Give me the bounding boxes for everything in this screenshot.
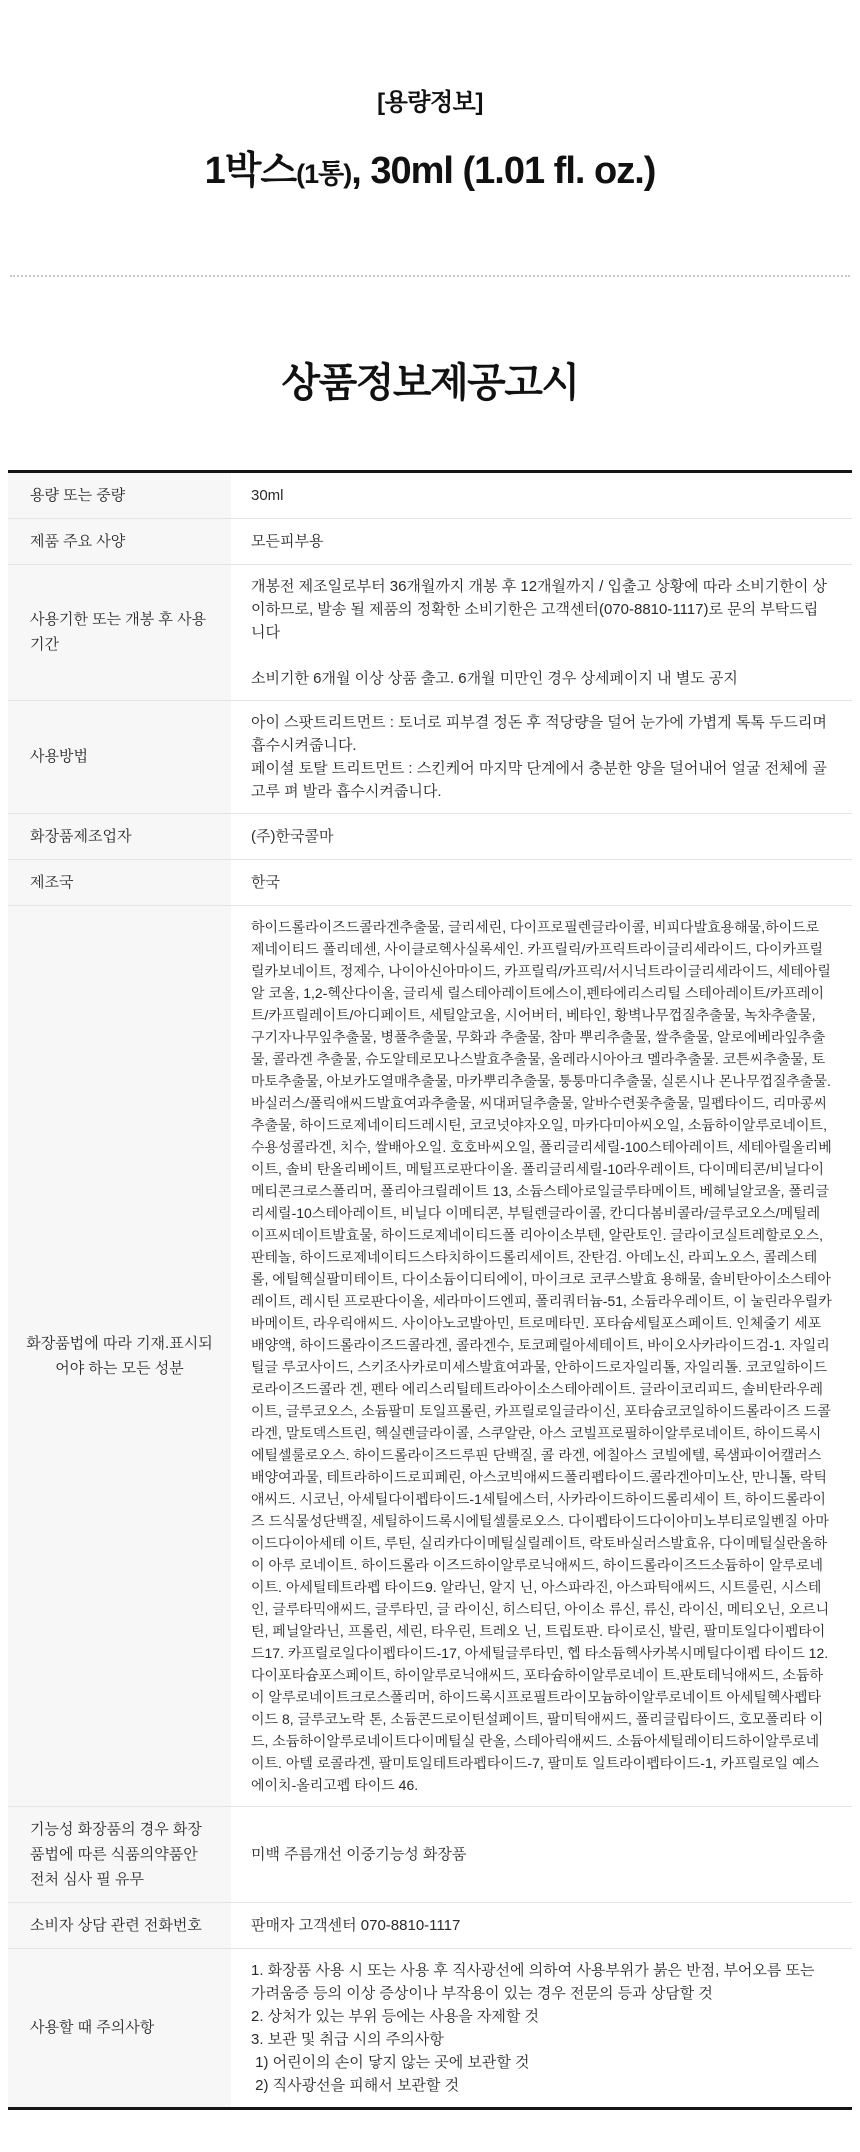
table-row-how-to-use: 사용방법 아이 스팟트리트먼트 : 토너로 피부결 정돈 후 적당량을 덜어 눈…	[8, 701, 852, 814]
table-row-functional: 기능성 화장품의 경우 화장품법에 따른 식품의약품안전처 심사 필 유무 미백…	[8, 1807, 852, 1903]
ingredients-label: 화장품법에 따라 기재.표시되어야 하는 모든 성분	[8, 906, 231, 1807]
how-to-use-label: 사용방법	[8, 701, 231, 814]
product-info-table: 용량 또는 중량 30ml 제품 주요 사양 모든피부용 사용기한 또는 개봉 …	[8, 470, 852, 2110]
volume-amount-count: (1통)	[296, 159, 351, 189]
spec-label: 제품 주요 사양	[8, 519, 231, 565]
table-row-spec: 제품 주요 사양 모든피부용	[8, 519, 852, 565]
ingredients-value: 하이드롤라이즈드콜라겐추출물, 글리세린, 다이프로필렌글라이콜, 비피다발효용…	[231, 906, 852, 1807]
usage-period-label: 사용기한 또는 개봉 후 사용기간	[8, 565, 231, 701]
table-row-country: 제조국 한국	[8, 860, 852, 906]
table-row-manufacturer: 화장품제조업자 (주)한국콜마	[8, 814, 852, 860]
contact-value: 판매자 고객센터 070-8810-1117	[231, 1903, 852, 1949]
product-info-page: { "volume_info": { "heading": "[용량정보]", …	[0, 0, 860, 2152]
volume-amount-box: 1박스	[205, 150, 297, 192]
volume-info-heading: [용량정보]	[0, 82, 860, 117]
volume-info-section: [용량정보] 1박스(1통), 30ml (1.01 fl. oz.)	[0, 0, 860, 195]
country-label: 제조국	[8, 860, 231, 906]
table-row-usage-period: 사용기한 또는 개봉 후 사용기간 개봉전 제조일로부터 36개월까지 개봉 후…	[8, 565, 852, 701]
functional-label: 기능성 화장품의 경우 화장품법에 따른 식품의약품안전처 심사 필 유무	[8, 1807, 231, 1903]
manufacturer-label: 화장품제조업자	[8, 814, 231, 860]
capacity-value: 30ml	[231, 473, 852, 519]
country-value: 한국	[231, 860, 852, 906]
volume-amount: 1박스(1통), 30ml (1.01 fl. oz.)	[0, 149, 860, 195]
caution-label: 사용할 때 주의사항	[8, 1949, 231, 2107]
table-row-contact: 소비자 상담 관련 전화번호 판매자 고객센터 070-8810-1117	[8, 1903, 852, 1949]
how-to-use-value: 아이 스팟트리트먼트 : 토너로 피부결 정돈 후 적당량을 덜어 눈가에 가볍…	[231, 701, 852, 814]
caution-value: 1. 화장품 사용 시 또는 사용 후 직사광선에 의하여 사용부위가 붉은 반…	[231, 1949, 852, 2107]
dotted-section-divider	[10, 275, 850, 277]
capacity-label: 용량 또는 중량	[8, 473, 231, 519]
table-row-caution: 사용할 때 주의사항 1. 화장품 사용 시 또는 사용 후 직사광선에 의하여…	[8, 1949, 852, 2107]
contact-label: 소비자 상담 관련 전화번호	[8, 1903, 231, 1949]
functional-value: 미백 주름개선 이중기능성 화장품	[231, 1807, 852, 1903]
volume-amount-ml: , 30ml (1.01 fl. oz.)	[351, 150, 655, 192]
page-title: 상품정보제공고시	[0, 351, 860, 408]
usage-period-value: 개봉전 제조일로부터 36개월까지 개봉 후 12개월까지 / 입출고 상황에 …	[231, 565, 852, 701]
table-row-ingredients: 화장품법에 따라 기재.표시되어야 하는 모든 성분 하이드롤라이즈드콜라겐추출…	[8, 906, 852, 1807]
table-row-capacity: 용량 또는 중량 30ml	[8, 473, 852, 519]
manufacturer-value: (주)한국콜마	[231, 814, 852, 860]
spec-value: 모든피부용	[231, 519, 852, 565]
